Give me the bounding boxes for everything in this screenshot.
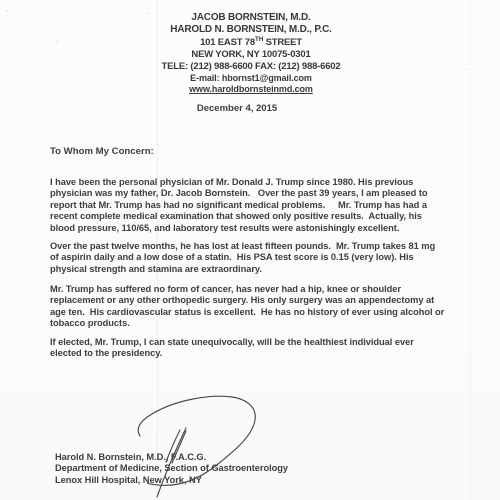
letter-line: Over the past twelve months, he has lost…: [50, 241, 435, 252]
letter-line: of aspirin daily and a low dose of a sta…: [50, 252, 435, 263]
letterhead-street-address: 101 EAST 78TH STREET: [1, 37, 500, 48]
street-suffix: STREET: [263, 37, 302, 48]
letterhead-email: E-mail: hbornst1@gmail.com: [1, 73, 500, 83]
letterhead-name-harold: HAROLD N. BORNSTEIN, M.D., P.C.: [1, 24, 500, 35]
signer-hospital: Lenox Hill Hospital, New York, NY: [55, 475, 288, 486]
paragraph-3: Mr. Trump has suffered no form of cancer…: [50, 284, 444, 330]
letter-line: report that Mr. Trump has had no signifi…: [50, 200, 428, 211]
paragraph-2: Over the past twelve months, he has lost…: [50, 241, 435, 275]
letter-line: If elected, Mr. Trump, I can state unequ…: [50, 337, 414, 348]
letter-line: blood pressure, 110/65, and laboratory t…: [50, 223, 428, 234]
letter-line: physical strength and stamina are extrao…: [50, 264, 435, 275]
letterhead-city-zip: NEW YORK, NY 10075-0301: [1, 49, 500, 60]
letter-line: elected to the presidency.: [50, 348, 414, 359]
paragraph-4: If elected, Mr. Trump, I can state unequ…: [50, 337, 414, 360]
salutation: To Whom My Concern:: [50, 146, 154, 157]
letterhead-name-jacob: JACOB BORNSTEIN, M.D.: [1, 12, 500, 23]
letter-page: JACOB BORNSTEIN, M.D. HAROLD N. BORNSTEI…: [0, 0, 500, 500]
letter-line: recent complete medical examination that…: [50, 211, 428, 222]
signer-name: Harold N. Bornstein, M.D., F.A.C.G.: [55, 452, 288, 463]
letter-line: physician was my father, Dr. Jacob Borns…: [50, 188, 428, 199]
letterhead-phone-fax: TELE: (212) 988-6600 FAX: (212) 988-6602: [1, 61, 500, 72]
signature-block: Harold N. Bornstein, M.D., F.A.C.G. Depa…: [55, 452, 288, 486]
letter-line: age ten. His cardiovascular status is ex…: [50, 307, 444, 318]
letter-line: I have been the personal physician of Mr…: [50, 177, 428, 188]
street-ordinal-superscript: TH: [255, 36, 263, 43]
letter-line: Mr. Trump has suffered no form of cancer…: [50, 284, 444, 295]
signer-department: Department of Medicine, Section of Gastr…: [55, 463, 288, 474]
letter-line: replacement or any other orthopedic surg…: [50, 295, 444, 306]
letter-line: tobacco products.: [50, 318, 444, 329]
date-line: December 4, 2015: [0, 103, 487, 114]
letterhead-website: www.haroldbornsteinmd.com: [1, 84, 500, 94]
paragraph-1: I have been the personal physician of Mr…: [50, 177, 428, 234]
street-number: 101 EAST 78: [200, 37, 255, 48]
